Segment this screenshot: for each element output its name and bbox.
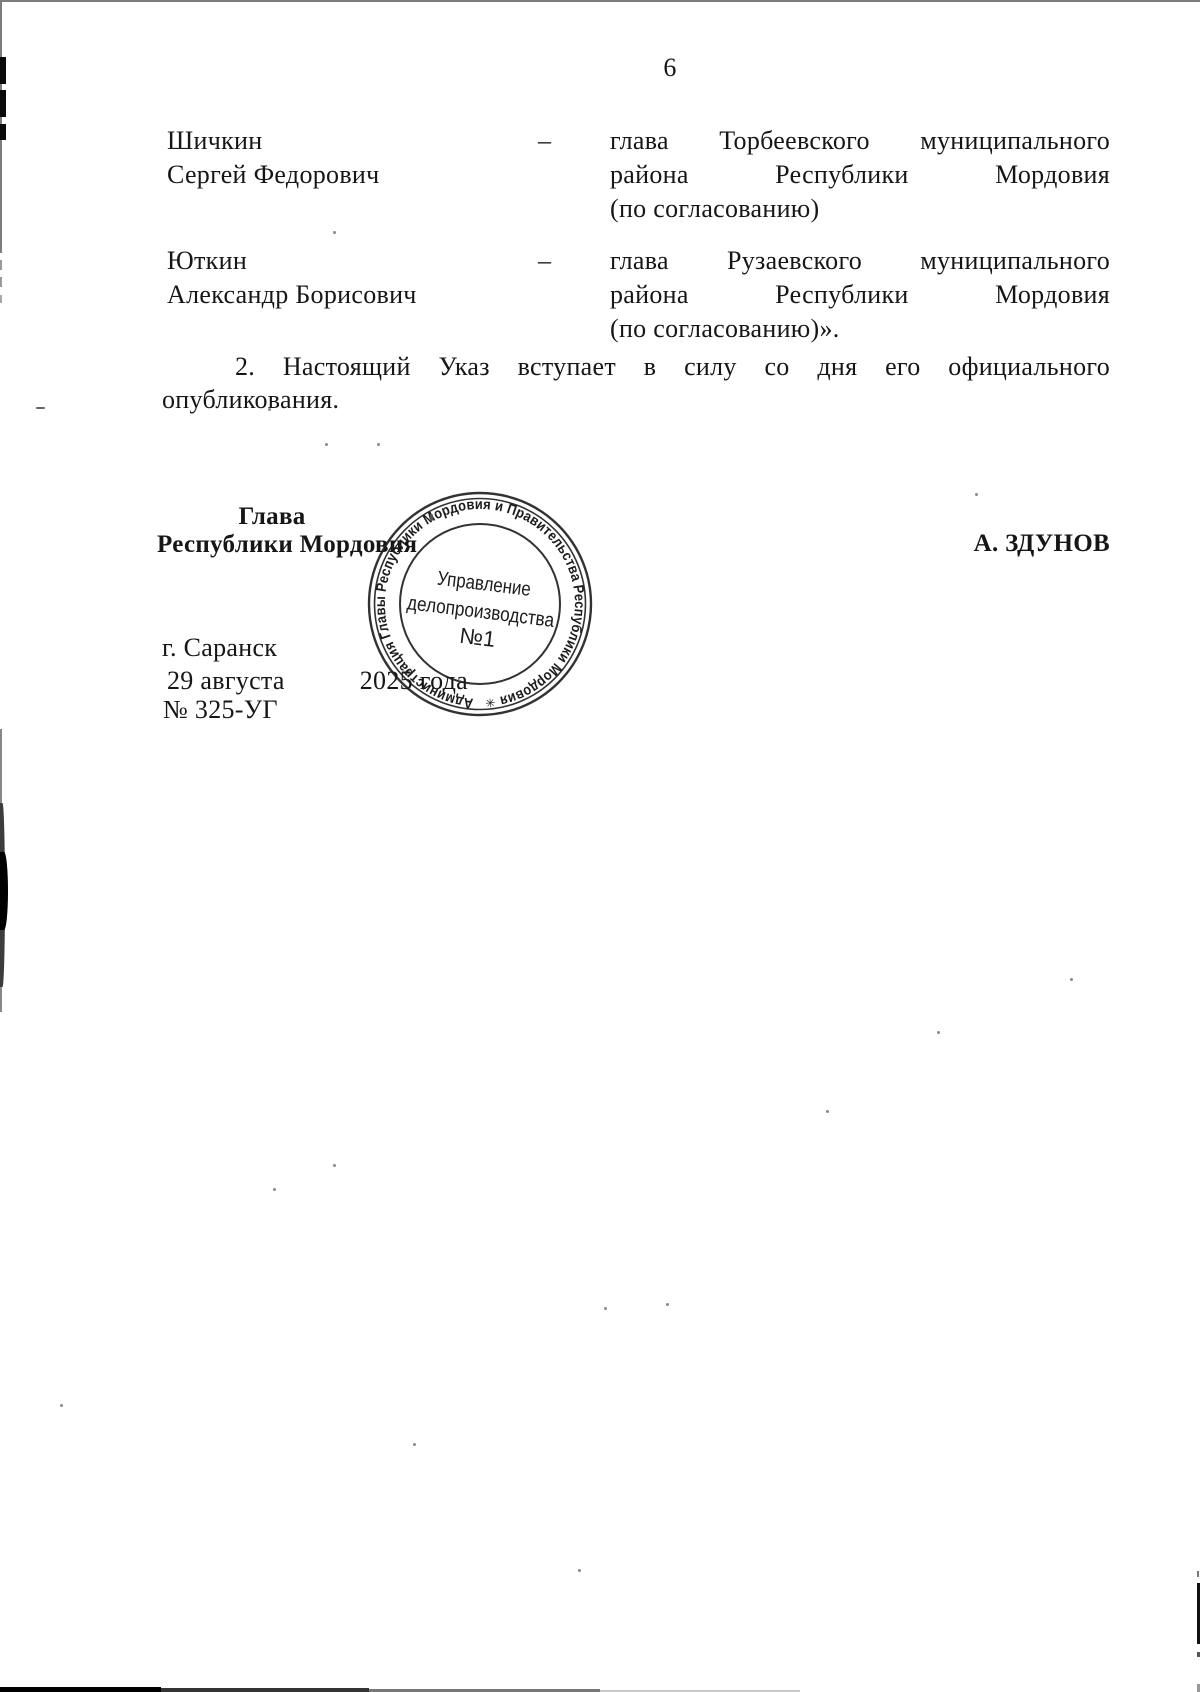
entry-role-line: района Республики Мордовия xyxy=(610,159,1110,190)
stamp-center-line3: №1 xyxy=(458,623,497,652)
stamp-center-line1: Управление xyxy=(436,568,532,601)
scan-speck xyxy=(604,1307,607,1310)
scan-speck xyxy=(60,1404,63,1407)
scan-speck xyxy=(333,1164,336,1167)
signer-post-line1: Глава xyxy=(157,503,387,531)
scan-speck xyxy=(430,514,433,521)
entry-role-line: глава Торбеевского муниципального xyxy=(610,125,1110,156)
scan-speck xyxy=(268,408,271,411)
scan-left-dash xyxy=(0,277,2,287)
scan-left-dash xyxy=(0,124,6,140)
page-number: 6 xyxy=(640,52,700,83)
official-stamp: Администрация Главы Республики Мордовия … xyxy=(360,484,600,724)
scan-left-dash xyxy=(0,90,6,117)
entry-dash: – xyxy=(538,125,551,156)
entry-surname: Шичкин xyxy=(167,125,262,156)
scan-speck xyxy=(36,407,45,409)
scan-speck xyxy=(1070,978,1073,981)
issue-date-day-month: 29 августа xyxy=(167,665,285,696)
issue-number: № 325-УГ xyxy=(163,694,278,725)
entry-role-line: глава Рузаевского муниципального xyxy=(610,245,1110,276)
entry-given-names: Сергей Федорович xyxy=(167,159,380,190)
scan-edge-bottom xyxy=(0,1687,161,1692)
entry-surname: Юткин xyxy=(167,245,247,276)
signer-post-line2: Республики Мордовия xyxy=(157,531,387,559)
scan-left-dash xyxy=(0,260,2,270)
scan-speck xyxy=(975,493,978,496)
scan-left-dash xyxy=(0,295,2,303)
entry-given-names: Александр Борисович xyxy=(167,279,417,310)
entry-role-line: района Республики Мордовия xyxy=(610,279,1110,310)
scan-left-blob-core xyxy=(0,852,8,930)
stamp-star-separator: ✳ xyxy=(485,695,496,710)
scanned-decree-page: 6 Шичкин Сергей Федорович – глава Торбее… xyxy=(0,0,1200,1692)
entry-dash: – xyxy=(538,245,551,276)
scan-speck xyxy=(273,1188,276,1191)
scan-speck xyxy=(578,1569,581,1572)
scan-speck xyxy=(937,1031,940,1034)
signer-name: А. ЗДУНОВ xyxy=(910,528,1110,559)
scan-edge-top xyxy=(0,0,1200,2)
entry-role-line: (по согласованию) xyxy=(610,193,820,224)
issue-city: г. Саранск xyxy=(162,632,277,663)
scan-speck xyxy=(826,1110,829,1113)
scan-left-dash xyxy=(0,57,6,84)
scan-speck xyxy=(325,443,328,446)
scan-speck xyxy=(666,1303,669,1306)
scan-speck xyxy=(377,443,380,446)
scan-edge-bottom xyxy=(161,1688,369,1692)
entry-role-line: (по согласованию)». xyxy=(610,313,840,344)
scan-edge-right xyxy=(1197,1571,1199,1577)
scan-speck xyxy=(413,1443,416,1446)
clause-line: 2. Настоящий Указ вступает в силу со дня… xyxy=(164,351,1110,382)
clause-line: опубликования. xyxy=(162,384,339,415)
scan-speck xyxy=(333,231,336,234)
